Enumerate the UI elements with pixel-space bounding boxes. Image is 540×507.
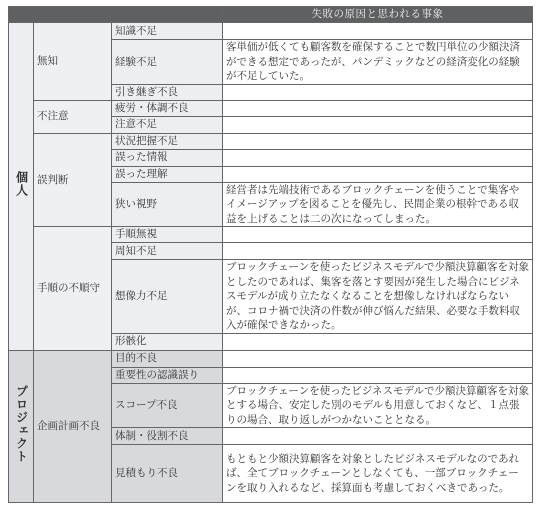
description-cell	[223, 23, 533, 40]
description-cell	[223, 116, 533, 133]
header-blank-cell	[9, 7, 223, 23]
description-cell	[223, 243, 533, 260]
description-cell	[223, 428, 533, 445]
description-cell	[223, 166, 533, 182]
description-cell	[223, 133, 533, 149]
subcategory-planning-failure: 企画計画不良	[34, 350, 112, 503]
item-cell: 想像力不足	[112, 260, 223, 334]
description-cell: もともと少額決算顧客を対象としたビジネスモデルなのであれば、全てブロックチェーン…	[223, 445, 533, 503]
table-row: 不注意 疲労・体調不良	[9, 100, 533, 116]
item-cell: 周知不足	[112, 243, 223, 260]
item-cell: 体制・役割不良	[112, 428, 223, 445]
item-cell: 手順無視	[112, 227, 223, 243]
description-cell: 経営者は先端技術であるブロックチェーンを使うことで集客やイメージアップを図ること…	[223, 182, 533, 227]
failure-cause-table: 失敗の原因と思われる事象 個人 無知 知識不足 経験不足 客単価が低くても顧客数…	[8, 6, 533, 503]
item-cell: 状況把握不足	[112, 133, 223, 149]
item-cell: 疲労・体調不良	[112, 100, 223, 116]
category-individual: 個人	[9, 23, 34, 351]
item-cell: 形骸化	[112, 333, 223, 350]
item-cell: 目的不良	[112, 350, 223, 367]
item-cell: 引き継ぎ不良	[112, 84, 223, 100]
item-cell: 狭い視野	[112, 182, 223, 227]
description-cell	[223, 149, 533, 166]
item-cell: 注意不足	[112, 116, 223, 133]
item-cell: 誤った情報	[112, 149, 223, 166]
item-cell: 誤った理解	[112, 166, 223, 182]
description-cell	[223, 227, 533, 243]
subcategory-procedure-noncompliance: 手順の不順守	[34, 227, 112, 351]
table-row: プロジェクト 企画計画不良 目的不良	[9, 350, 533, 367]
description-cell: ブロックチェーンを使ったビジネスモデルで少額決算顧客を対象としたのであれば、集客…	[223, 260, 533, 334]
header-failure-cause: 失敗の原因と思われる事象	[223, 7, 533, 23]
description-cell	[223, 367, 533, 383]
subcategory-misjudgment: 誤判断	[34, 133, 112, 227]
description-cell	[223, 333, 533, 350]
item-cell: 経験不足	[112, 40, 223, 85]
description-cell	[223, 100, 533, 116]
subcategory-carelessness: 不注意	[34, 100, 112, 133]
table-row: 個人 無知 知識不足	[9, 23, 533, 40]
description-cell: ブロックチェーンを使ったビジネスモデルで少額決算顧客を対象とする場合、安定した別…	[223, 383, 533, 428]
item-cell: スコープ不良	[112, 383, 223, 428]
item-cell: 知識不足	[112, 23, 223, 40]
table-row: 手順の不順守 手順無視	[9, 227, 533, 243]
item-cell: 重要性の認識誤り	[112, 367, 223, 383]
description-cell	[223, 84, 533, 100]
description-cell: 客単価が低くても顧客数を確保することで数円単位の少額決済ができる想定であったが、…	[223, 40, 533, 85]
subcategory-ignorance: 無知	[34, 23, 112, 101]
category-project: プロジェクト	[9, 350, 34, 503]
table-row: 誤判断 状況把握不足	[9, 133, 533, 149]
item-cell: 見積もり不良	[112, 445, 223, 503]
table-header-row: 失敗の原因と思われる事象	[9, 7, 533, 23]
description-cell	[223, 350, 533, 367]
